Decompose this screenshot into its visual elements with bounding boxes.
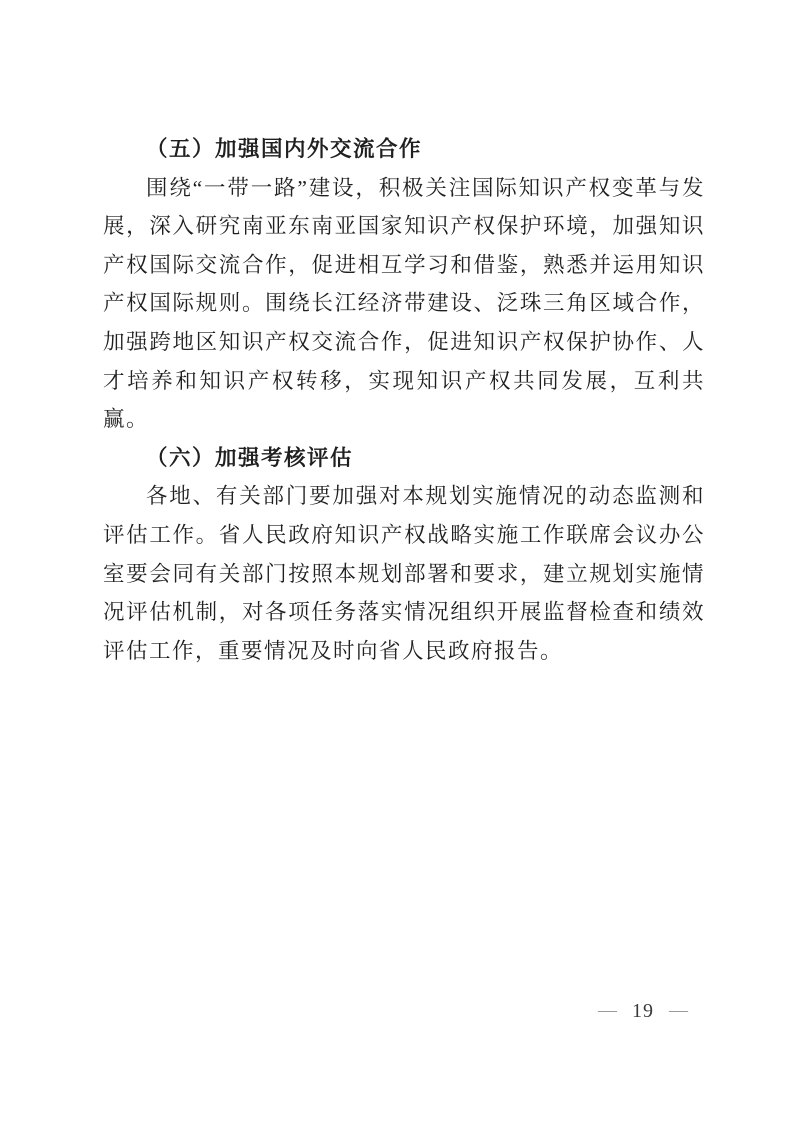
footer-dash-right: — — [669, 998, 688, 1024]
section-5-paragraph: 围绕“一带一路”建设，积极关注国际知识产权变革与发展，深入研究南亚东南亚国家知识… — [103, 169, 705, 439]
page-footer: — 19 — — [598, 998, 688, 1024]
section-6-paragraph: 各地、有关部门要加强对本规划实施情况的动态监测和评估工作。省人民政府知识产权战略… — [103, 477, 705, 670]
document-page: （五）加强国内外交流合作 围绕“一带一路”建设，积极关注国际知识产权变革与发展，… — [0, 0, 800, 1131]
document-body: （五）加强国内外交流合作 围绕“一带一路”建设，积极关注国际知识产权变革与发展，… — [103, 130, 705, 670]
page-number: 19 — [632, 998, 654, 1024]
section-heading-5: （五）加强国内外交流合作 — [103, 130, 705, 169]
section-heading-6: （六）加强考核评估 — [103, 439, 705, 478]
footer-dash-left: — — [598, 998, 617, 1024]
